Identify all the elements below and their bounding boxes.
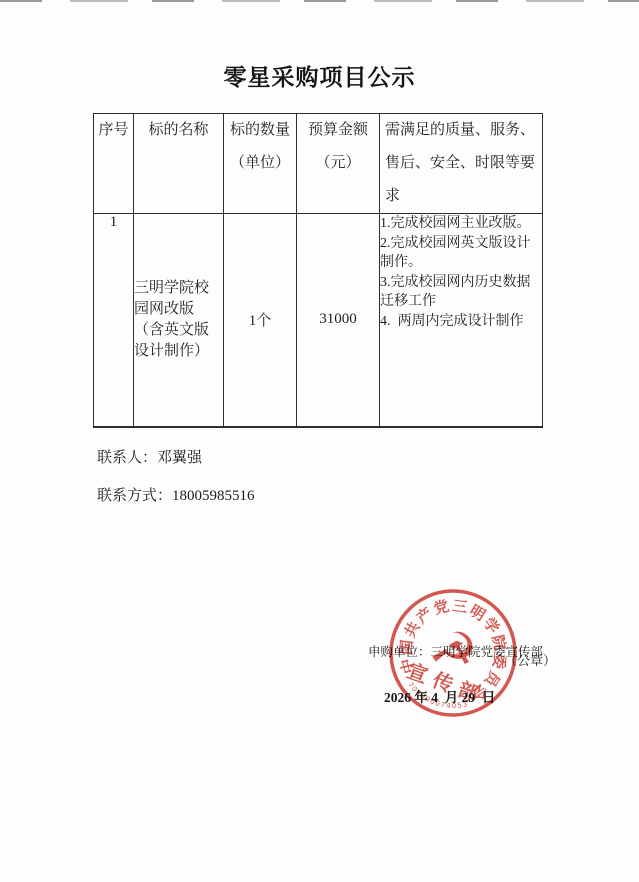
svg-text:三: 三: [451, 597, 468, 616]
requirement-line1: 1.完成校园网主业改版。: [380, 214, 542, 234]
header-quantity-line2: （单位）: [224, 147, 296, 180]
requirement-line6: 4. 两周内完成设计制作: [380, 312, 542, 332]
header-requirements-line2: 售后、安全、时限等要: [385, 147, 540, 180]
header-quantity: 标的数量 （单位）: [224, 114, 297, 214]
contact-person-line: 联系人：邓翼强: [97, 446, 202, 467]
requirement-line4: 3.完成校园网内历史数据: [380, 273, 542, 293]
cell-name-line2: 园网改版: [134, 299, 223, 320]
svg-text:共: 共: [402, 619, 424, 640]
cell-name-line1: 三明学院校: [134, 278, 223, 299]
header-requirements-line1: 需满足的质量、服务、: [385, 114, 540, 147]
header-budget-line2: （元）: [297, 147, 379, 180]
cell-seq: 1: [94, 214, 134, 427]
svg-text:学: 学: [480, 614, 503, 637]
procurement-table: 序号 标的名称 标的数量 （单位） 预算金额 （元） 需满足的质量、服务、 售后…: [93, 113, 543, 428]
header-budget: 预算金额 （元）: [297, 114, 380, 214]
official-seal-note: （公章）: [504, 650, 556, 669]
table-row: 1 三明学院校 园网改版 （含英文版 设计制作） 1个 31000 1.完成校园…: [94, 214, 543, 427]
header-requirements-line3: 求: [385, 180, 540, 213]
header-quantity-line1: 标的数量: [224, 114, 296, 147]
svg-text:明: 明: [466, 602, 488, 624]
cell-budget: 31000: [297, 214, 380, 427]
document-page: 零星采购项目公示 序号 标的名称 标的数量 （单位） 预算金额 （元） 需满足的…: [0, 0, 639, 882]
requirement-line5: 迁移工作: [380, 292, 542, 312]
header-name: 标的名称: [134, 114, 224, 214]
cell-name-line4: 设计制作）: [134, 341, 223, 362]
cell-name: 三明学院校 园网改版 （含英文版 设计制作）: [134, 214, 224, 427]
header-budget-line1: 预算金额: [297, 114, 379, 147]
page-title: 零星采购项目公示: [0, 59, 639, 92]
scan-artifact-top: [0, 0, 639, 2]
requirement-line3: 制作。: [380, 253, 542, 273]
date-line: 2026 年 4 月 29 日: [384, 686, 495, 706]
table-header-row: 序号 标的名称 标的数量 （单位） 预算金额 （元） 需满足的质量、服务、 售后…: [94, 114, 543, 214]
contact-method-line: 联系方式：18005985516: [97, 484, 255, 505]
svg-text:党: 党: [432, 598, 451, 618]
cell-requirements: 1.完成校园网主业改版。 2.完成校园网英文版设计 制作。 3.完成校园网内历史…: [380, 214, 543, 427]
header-requirements: 需满足的质量、服务、 售后、安全、时限等要 求: [380, 114, 543, 214]
header-seq: 序号: [94, 114, 134, 214]
svg-text:产: 产: [413, 604, 436, 627]
requirement-line2: 2.完成校园网英文版设计: [380, 234, 542, 254]
cell-name-line3: （含英文版: [134, 320, 223, 341]
cell-quantity: 1个: [224, 214, 297, 427]
